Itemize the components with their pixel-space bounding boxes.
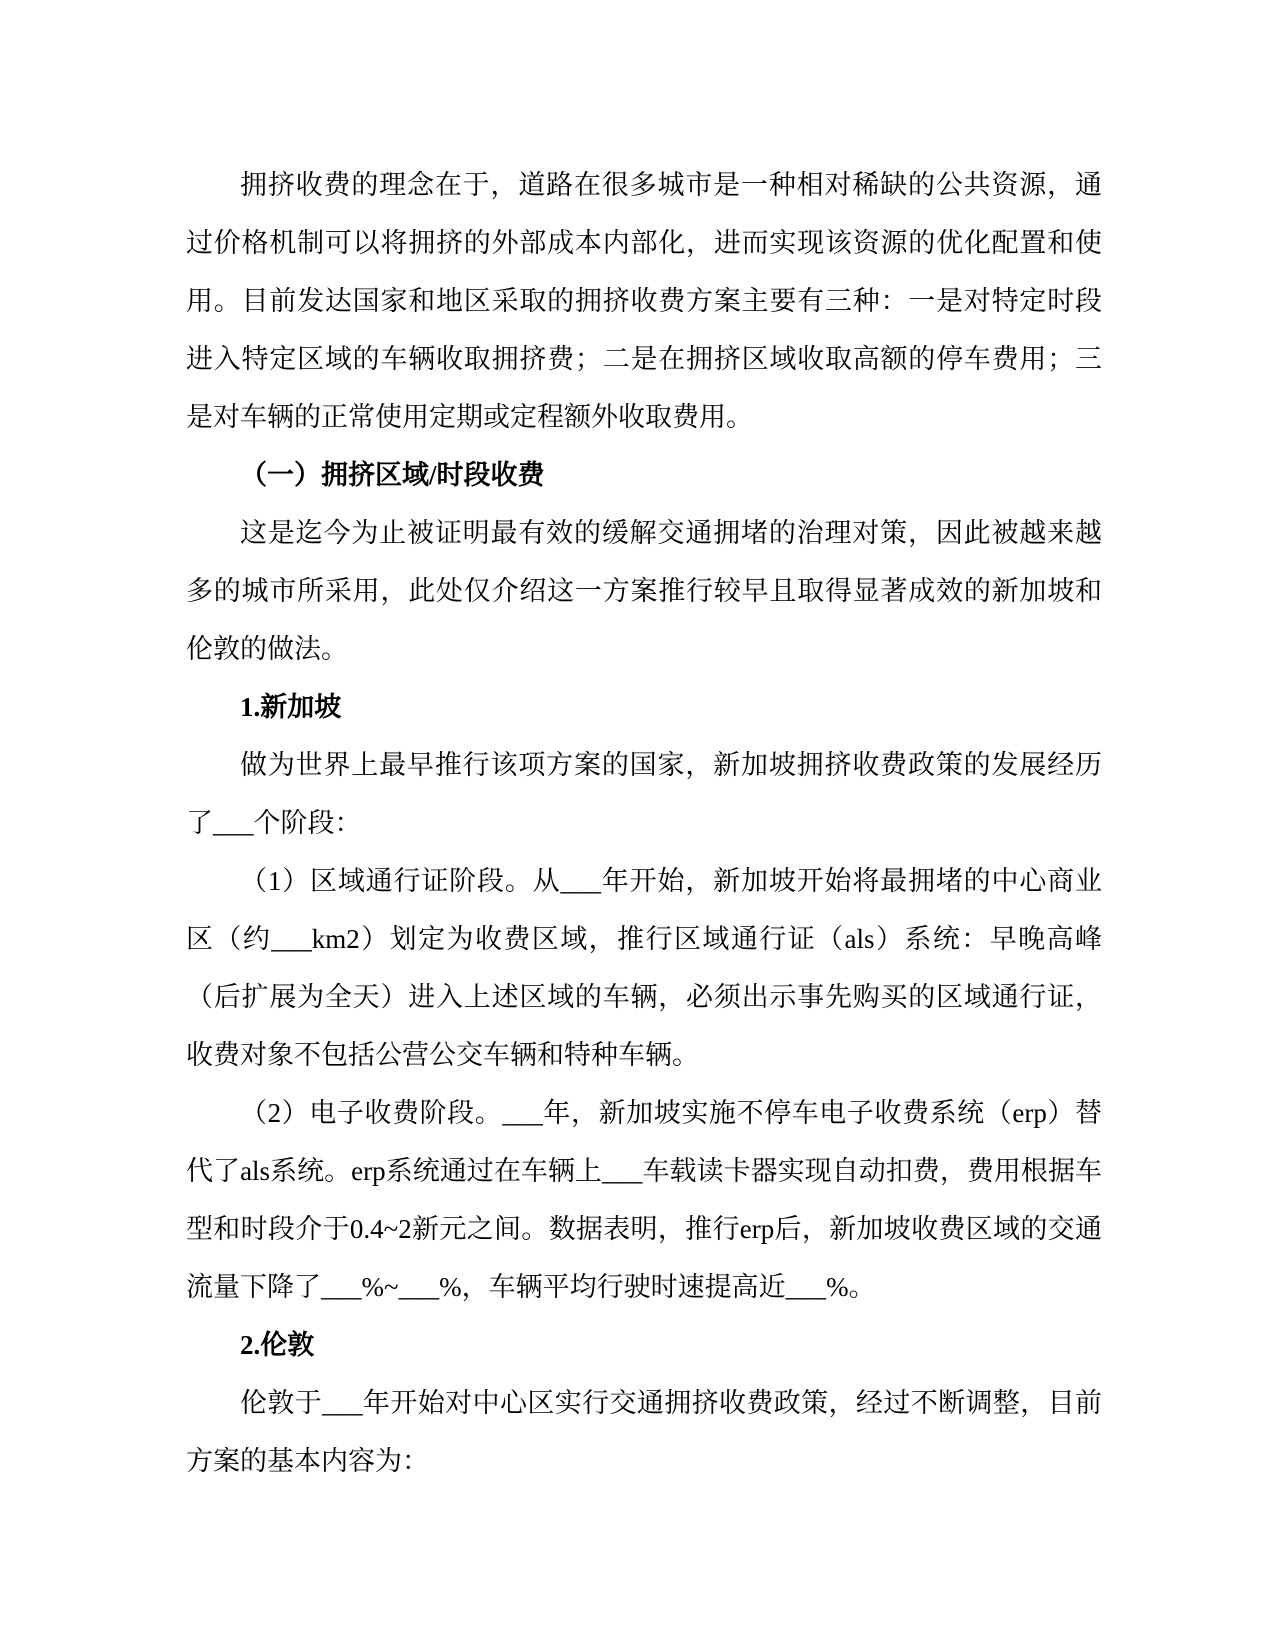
paragraph: 做为世界上最早推行该项方案的国家，新加坡拥挤收费政策的发展经历了___个阶段： [186, 736, 1102, 852]
document-page: 拥挤收费的理念在于，道路在很多城市是一种相对稀缺的公共资源，通过价格机制可以将拥… [0, 0, 1275, 1650]
section-heading: （一）拥挤区域/时段收费 [186, 446, 1102, 504]
paragraph: 这是迄今为止被证明最有效的缓解交通拥堵的治理对策，因此被越来越多的城市所采用，此… [186, 504, 1102, 678]
document-body: 拥挤收费的理念在于，道路在很多城市是一种相对稀缺的公共资源，通过价格机制可以将拥… [186, 156, 1102, 1490]
paragraph: 拥挤收费的理念在于，道路在很多城市是一种相对稀缺的公共资源，通过价格机制可以将拥… [186, 156, 1102, 446]
section-heading: 1.新加坡 [186, 678, 1102, 736]
paragraph: （2）电子收费阶段。___年，新加坡实施不停车电子收费系统（erp）替代了als… [186, 1084, 1102, 1316]
section-heading: 2.伦敦 [186, 1316, 1102, 1374]
paragraph: 伦敦于___年开始对中心区实行交通拥挤收费政策，经过不断调整，目前方案的基本内容… [186, 1374, 1102, 1490]
paragraph: （1）区域通行证阶段。从___年开始，新加坡开始将最拥堵的中心商业区（约___k… [186, 852, 1102, 1084]
